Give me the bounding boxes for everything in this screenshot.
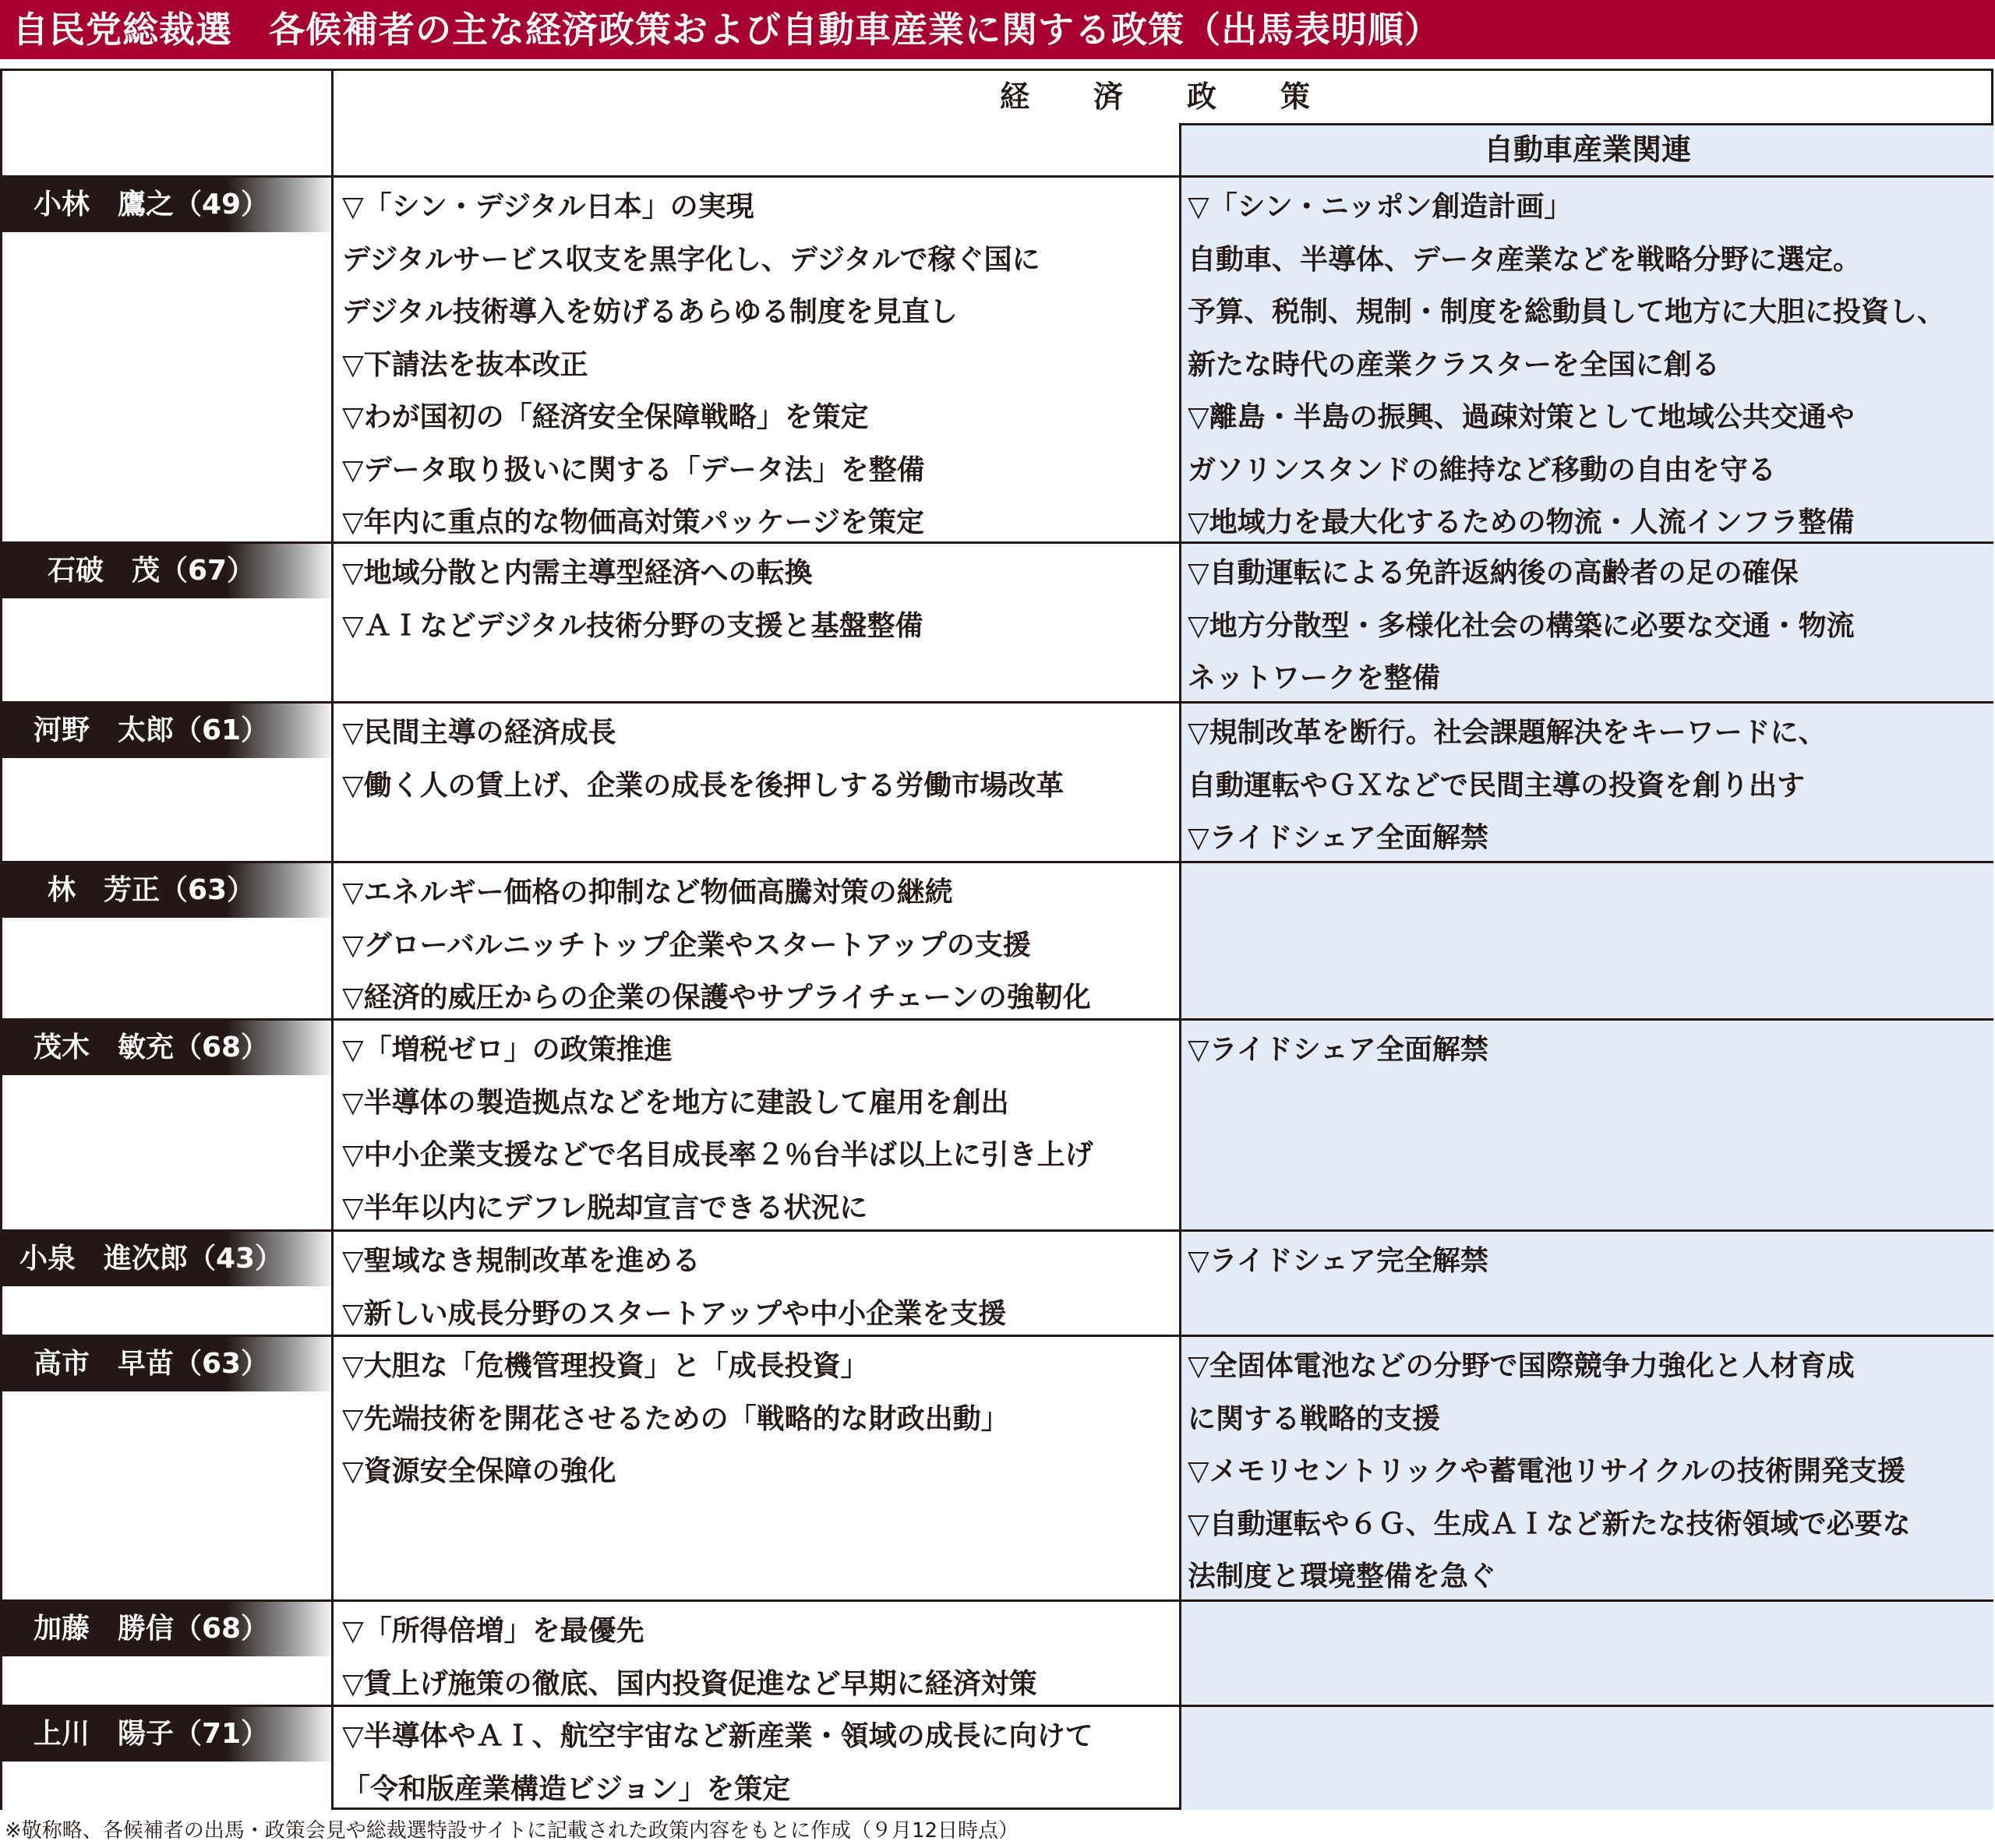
policy-line: ▽データ取り扱いに関する「データ法」を整備 [342, 444, 1179, 497]
policy-line: ▽メモリセントリックや蓄電池リサイクルの技術開発支援 [1188, 1445, 1993, 1498]
policy-line: 新たな時代の産業クラスターを全国に創る [1188, 339, 1993, 392]
policy-line: ▽ＡＩなどデジタル技術分野の支援と基盤整備 [342, 600, 1179, 653]
page-title: 自民党総裁選 各候補者の主な経済政策および自動車産業に関する政策（出馬表明順） [0, 0, 1995, 59]
candidate-cell: 上川 陽子（71） [2, 1707, 334, 1810]
header-auto-industry: 自動車産業関連 [1179, 123, 1993, 175]
table-row: 河野 太郎（61）▽民間主導の経済成長▽働く人の賃上げ、企業の成長を後押しする労… [2, 704, 1993, 863]
policy-line: ▽ライドシェア全面解禁 [1188, 812, 1993, 865]
candidate-cell: 茂木 敏充（68） [2, 1021, 334, 1229]
table-row: 茂木 敏充（68）▽「増税ゼロ」の政策推進▽半導体の製造拠点などを地方に建設して… [2, 1021, 1993, 1232]
economic-policy-cell: ▽「シン・デジタル日本」の実現デジタルサービス収支を黒字化し、デジタルで稼ぐ国に… [336, 178, 1179, 541]
policy-line: ▽聖域なき規制改革を進める [342, 1235, 1179, 1288]
policy-line: ▽「増税ゼロ」の政策推進 [342, 1024, 1179, 1077]
policy-line: ▽年内に重点的な物価高対策パッケージを策定 [342, 496, 1179, 549]
policy-line: ▽離島・半島の振興、過疎対策として地域公共交通や [1188, 391, 1993, 444]
candidate-cell: 石破 茂（67） [2, 544, 334, 701]
candidate-name: 上川 陽子（71） [2, 1707, 331, 1762]
footnote: ※敬称略、各候補者の出馬・政策会見や総裁選特設サイトに記載された政策内容をもとに… [5, 1818, 1019, 1844]
header-blank-cell [2, 71, 334, 175]
policy-line: デジタル技術導入を妨げるあらゆる制度を見直し [342, 286, 1179, 339]
policy-line: ▽全固体電池などの分野で国際競争力強化と人材育成 [1188, 1340, 1993, 1393]
economic-policy-cell: ▽聖域なき規制改革を進める▽新しい成長分野のスタートアップや中小企業を支援 [336, 1232, 1179, 1335]
auto-industry-policy-cell [1179, 1602, 1993, 1705]
table-row: 石破 茂（67）▽地域分散と内需主導型経済への転換▽ＡＩなどデジタル技術分野の支… [2, 544, 1993, 704]
economic-policy-cell: ▽エネルギー価格の抑制など物価高騰対策の継続▽グローバルニッチトップ企業やスター… [336, 863, 1179, 1018]
policy-line: ガソリンスタンドの維持など移動の自由を守る [1188, 444, 1993, 497]
policy-line: ▽大胆な「危機管理投資」と「成長投資」 [342, 1340, 1179, 1393]
policy-line: ▽自動運転による免許返納後の高齢者の足の確保 [1188, 547, 1993, 600]
candidate-name: 高市 早苗（63） [2, 1337, 331, 1391]
auto-industry-policy-cell [1179, 1707, 1993, 1810]
policy-line: 自動運転やＧＸなどで民間主導の投資を創り出す [1188, 760, 1993, 813]
policy-line: 「令和版産業構造ビジョン」を策定 [342, 1763, 1179, 1816]
policy-line: ▽ライドシェア完全解禁 [1188, 1235, 1993, 1288]
policy-line: に関する戦略的支援 [1188, 1393, 1993, 1446]
candidate-name: 河野 太郎（61） [2, 704, 331, 758]
economic-policy-cell: ▽半導体やＡＩ、航空宇宙など新産業・領域の成長に向けて「令和版産業構造ビジョン」… [336, 1707, 1179, 1810]
policy-line: ▽民間主導の経済成長 [342, 707, 1179, 760]
policy-table: 経 済 政 策 自動車産業関連 小林 鷹之（49）▽「シン・デジタル日本」の実現… [0, 69, 1993, 1810]
policy-line: ▽中小企業支援などで名目成長率２％台半ば以上に引き上げ [342, 1129, 1179, 1182]
auto-industry-policy-cell: ▽自動運転による免許返納後の高齢者の足の確保▽地方分散型・多様化社会の構築に必要… [1179, 544, 1993, 701]
policy-line: ▽先端技術を開花させるための「戦略的な財政出動」 [342, 1393, 1179, 1446]
auto-industry-policy-cell: ▽ライドシェア完全解禁 [1179, 1232, 1993, 1335]
candidate-cell: 小泉 進次郎（43） [2, 1232, 334, 1335]
table-row: 上川 陽子（71）▽半導体やＡＩ、航空宇宙など新産業・領域の成長に向けて「令和版… [2, 1707, 1993, 1810]
policy-line: ▽下請法を抜本改正 [342, 339, 1179, 392]
candidate-cell: 河野 太郎（61） [2, 704, 334, 861]
policy-line: ▽新しい成長分野のスタートアップや中小企業を支援 [342, 1288, 1179, 1341]
policy-line: ▽地域分散と内需主導型経済への転換 [342, 547, 1179, 600]
candidate-name: 林 芳正（63） [2, 863, 331, 918]
policy-line: ▽グローバルニッチトップ企業やスタートアップの支援 [342, 919, 1179, 972]
policy-line: ▽「シン・デジタル日本」の実現 [342, 181, 1179, 234]
candidate-name: 石破 茂（67） [2, 544, 331, 598]
candidate-cell: 林 芳正（63） [2, 863, 334, 1018]
policy-line: ▽わが国初の「経済安全保障戦略」を策定 [342, 391, 1179, 444]
table-row: 加藤 勝信（68）▽「所得倍増」を最優先▽賃上げ施策の徹底、国内投資促進など早期… [2, 1602, 1993, 1707]
auto-industry-policy-cell: ▽規制改革を断行。社会課題解決をキーワードに、自動運転やＧＸなどで民間主導の投資… [1179, 704, 1993, 861]
economic-policy-cell: ▽大胆な「危機管理投資」と「成長投資」▽先端技術を開花させるための「戦略的な財政… [336, 1337, 1179, 1599]
policy-line: ▽ライドシェア全面解禁 [1188, 1024, 1993, 1077]
policy-line: ▽賃上げ施策の徹底、国内投資促進など早期に経済対策 [342, 1658, 1179, 1711]
header-economic-policy: 経 済 政 策 [334, 71, 1993, 123]
candidate-name: 茂木 敏充（68） [2, 1021, 331, 1075]
candidate-cell: 高市 早苗（63） [2, 1337, 334, 1599]
auto-industry-policy-cell: ▽全固体電池などの分野で国際競争力強化と人材育成に関する戦略的支援▽メモリセント… [1179, 1337, 1993, 1599]
policy-line: デジタルサービス収支を黒字化し、デジタルで稼ぐ国に [342, 234, 1179, 287]
candidate-cell: 小林 鷹之（49） [2, 178, 334, 541]
policy-line: ▽自動運転や６Ｇ、生成ＡＩなど新たな技術領域で必要な [1188, 1498, 1993, 1551]
table-row: 高市 早苗（63）▽大胆な「危機管理投資」と「成長投資」▽先端技術を開花させるた… [2, 1337, 1993, 1602]
candidate-name: 小泉 進次郎（43） [2, 1232, 331, 1286]
policy-line: ▽「シン・ニッポン創造計画」 [1188, 181, 1993, 234]
table-row: 林 芳正（63）▽エネルギー価格の抑制など物価高騰対策の継続▽グローバルニッチト… [2, 863, 1993, 1021]
policy-line: ▽半年以内にデフレ脱却宣言できる状況に [342, 1182, 1179, 1235]
policy-line: ▽「所得倍増」を最優先 [342, 1605, 1179, 1658]
policy-line: 自動車、半導体、データ産業などを戦略分野に選定。 [1188, 234, 1993, 287]
candidate-cell: 加藤 勝信（68） [2, 1602, 334, 1705]
candidate-name: 加藤 勝信（68） [2, 1602, 331, 1656]
policy-line: ▽地域力を最大化するための物流・人流インフラ整備 [1188, 496, 1993, 549]
policy-line: ▽規制改革を断行。社会課題解決をキーワードに、 [1188, 707, 1993, 760]
policy-line: 予算、税制、規制・制度を総動員して地方に大胆に投資し、 [1188, 286, 1993, 339]
economic-policy-cell: ▽民間主導の経済成長▽働く人の賃上げ、企業の成長を後押しする労働市場改革 [336, 704, 1179, 861]
table-row: 小泉 進次郎（43）▽聖域なき規制改革を進める▽新しい成長分野のスタートアップや… [2, 1232, 1993, 1337]
policy-line: ▽経済的威圧からの企業の保護やサプライチェーンの強靭化 [342, 972, 1179, 1025]
policy-line: 法制度と環境整備を急ぐ [1188, 1550, 1993, 1603]
policy-line: ▽地方分散型・多様化社会の構築に必要な交通・物流 [1188, 600, 1993, 653]
table-row: 小林 鷹之（49）▽「シン・デジタル日本」の実現デジタルサービス収支を黒字化し、… [2, 178, 1993, 544]
policy-line: ▽半導体の製造拠点などを地方に建設して雇用を創出 [342, 1077, 1179, 1130]
candidate-name: 小林 鷹之（49） [2, 178, 331, 232]
policy-line: ネットワークを整備 [1188, 652, 1993, 705]
economic-policy-cell: ▽「増税ゼロ」の政策推進▽半導体の製造拠点などを地方に建設して雇用を創出▽中小企… [336, 1021, 1179, 1229]
policy-line: ▽半導体やＡＩ、航空宇宙など新産業・領域の成長に向けて [342, 1710, 1179, 1763]
policy-line: ▽資源安全保障の強化 [342, 1445, 1179, 1498]
auto-industry-policy-cell: ▽「シン・ニッポン創造計画」自動車、半導体、データ産業などを戦略分野に選定。予算… [1179, 178, 1993, 541]
auto-industry-policy-cell: ▽ライドシェア全面解禁 [1179, 1021, 1993, 1229]
economic-policy-cell: ▽地域分散と内需主導型経済への転換▽ＡＩなどデジタル技術分野の支援と基盤整備 [336, 544, 1179, 701]
policy-line: ▽働く人の賃上げ、企業の成長を後押しする労働市場改革 [342, 760, 1179, 813]
auto-industry-policy-cell [1179, 863, 1993, 1018]
policy-line: ▽エネルギー価格の抑制など物価高騰対策の継続 [342, 866, 1179, 919]
economic-policy-cell: ▽「所得倍増」を最優先▽賃上げ施策の徹底、国内投資促進など早期に経済対策 [336, 1602, 1179, 1705]
